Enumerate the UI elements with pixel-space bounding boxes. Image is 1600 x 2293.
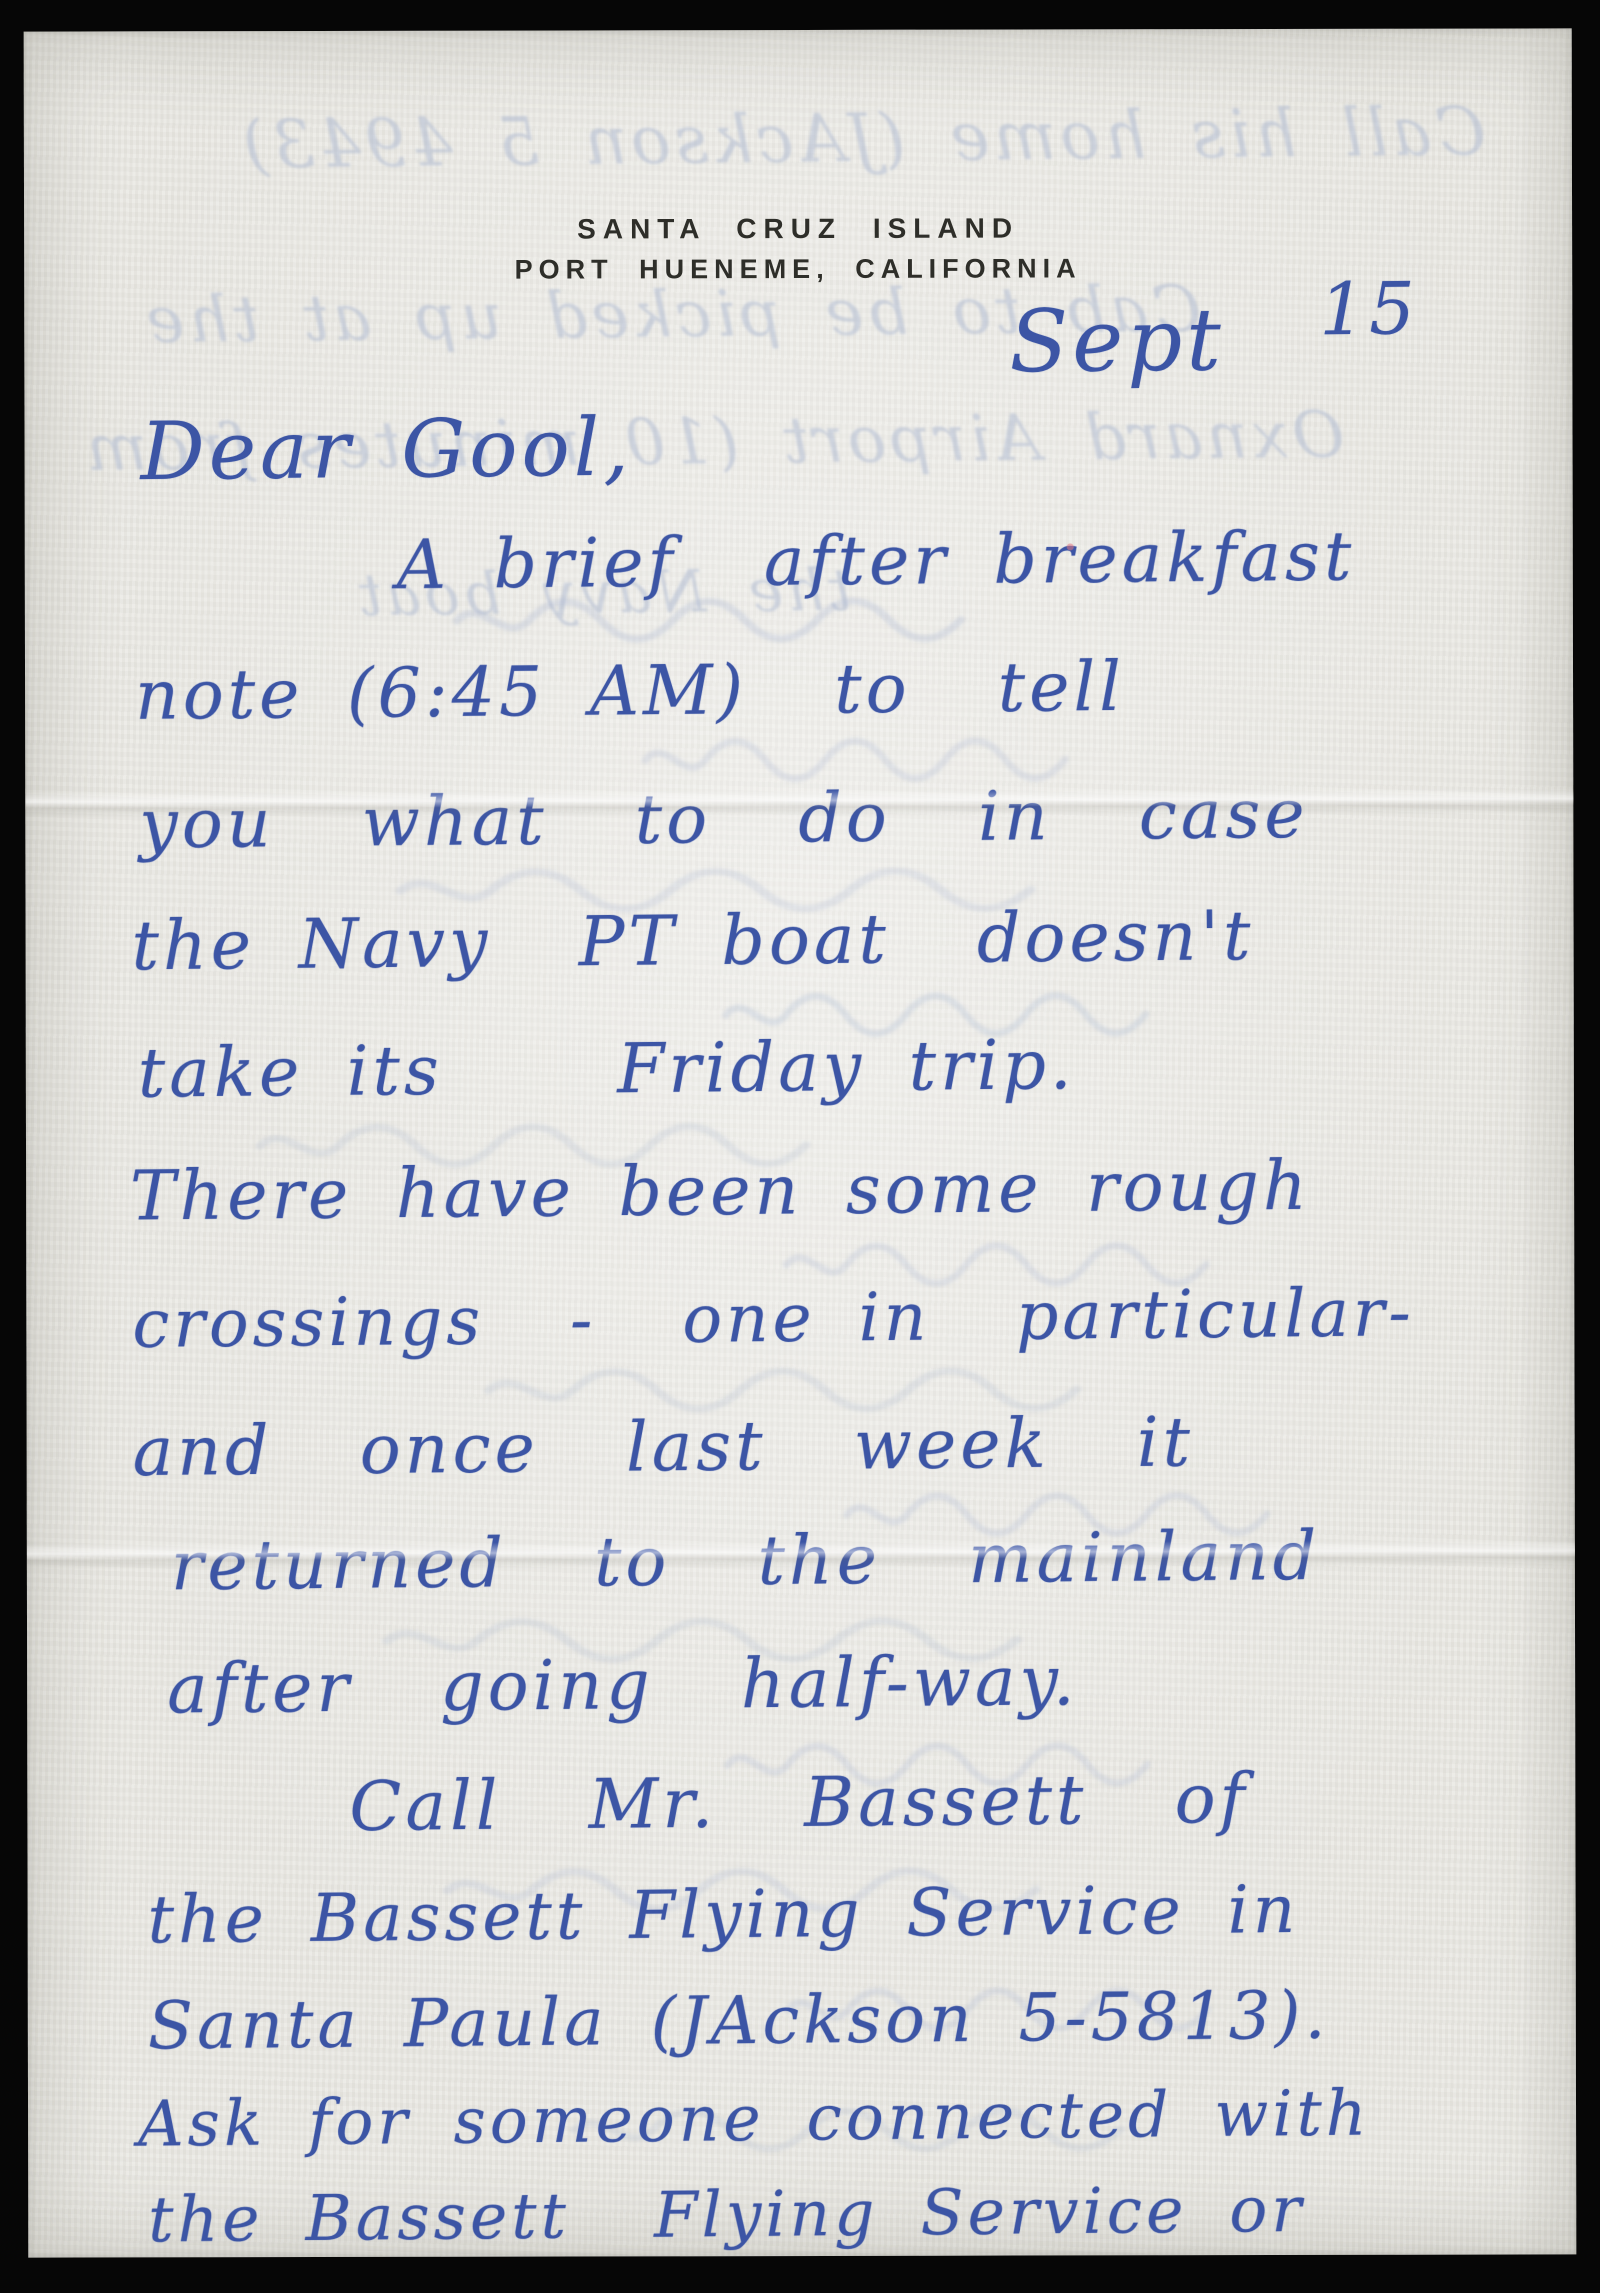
letter-line: you what to do in case [139,775,1309,865]
letter-line: Ask for someone connected with [138,2077,1371,2161]
letter-line: A brief after breakfast [396,517,1355,605]
letter-line: note (6:45 AM) to tell [135,648,1126,736]
bleed-through-line: Call his home (JAckson 5 4943) [239,93,1487,183]
bleed-through-layer: Call his home (JAckson 5 4943)Cab to be … [24,28,1572,31]
letter-line: the Bassett Flying Service in [147,1871,1299,1958]
letter-line: crossings - one in particular- [132,1274,1415,1363]
letter-line: the Bassett Flying Service or [148,2173,1306,2256]
salutation: Dear Gool, [140,401,633,498]
letter-line: after going half-way. [167,1642,1079,1729]
letter-line: Santa Paula (JAckson 5-5813). [148,1977,1330,2065]
letter-line: Call Mr. Bassett of [349,1760,1249,1847]
letter-body: A brief after breakfastnote (6:45 AM) to… [24,28,1572,31]
date-month: Sept [1009,290,1225,392]
letter-line: and once last week it [132,1403,1194,1492]
letterhead-line1: SANTA CRUZ ISLAND [24,211,1572,246]
letter-line: returned to the mainland [171,1517,1321,1606]
letter-paper: SANTA CRUZ ISLAND PORT HUENEME, CALIFORN… [24,28,1577,2257]
letter-line: the Navy PT boat doesn't [131,897,1254,986]
letter-line: take its Friday trip. [138,1026,1076,1114]
date-day: 15 [1319,266,1419,351]
letter-line: There have been some rough [130,1147,1311,1237]
paper-speck [1067,543,1074,550]
